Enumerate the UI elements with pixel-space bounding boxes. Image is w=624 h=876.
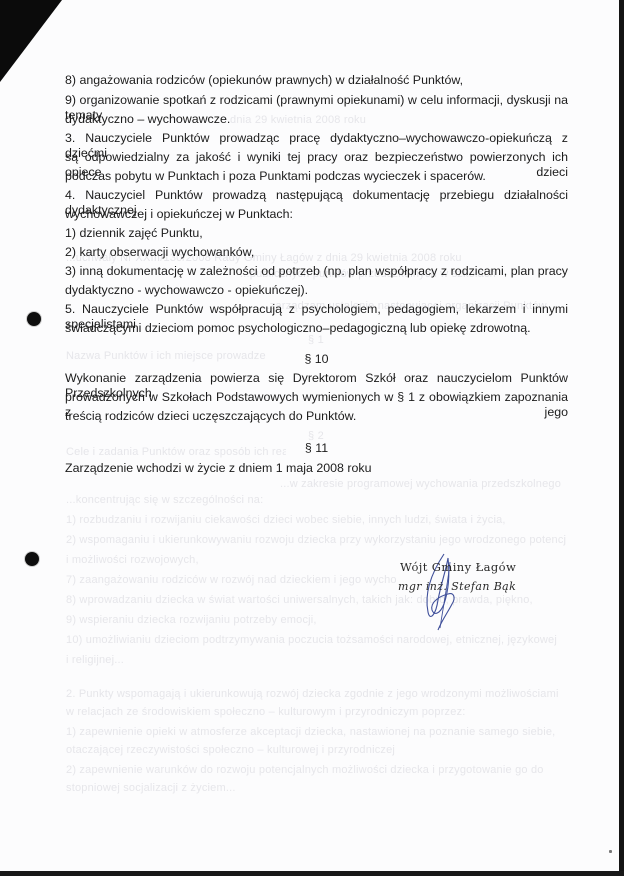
doc-list-item-1: 1) dziennik zajęć Punktu, — [65, 226, 568, 241]
bleed-through-text: 1) rozbudzaniu i rozwijaniu ciekawości d… — [66, 514, 566, 526]
punch-hole-bottom — [25, 552, 39, 566]
section-10-text: treścią rodziców dzieci uczęszczających … — [65, 409, 568, 424]
scan-border-bottom — [0, 871, 624, 876]
paragraph-4-cont: wychowawczej i opiekuńczej w Punktach: — [65, 207, 568, 222]
bleed-through-text: i religijnej... — [66, 654, 566, 666]
bleed-through-text: ...w zakresie programowej wychowania prz… — [280, 478, 570, 490]
signature-block: Wójt Gminy Łagów mgr inż. Stefan Bąk — [398, 560, 538, 593]
doc-list-item-3-cont: dydaktyczno - wychowawczo - opiekuńczej)… — [65, 283, 568, 298]
signatory-title: Wójt Gminy Łagów — [400, 560, 538, 574]
bleed-through-text: w relacjach ze środowiskiem społeczno – … — [66, 706, 566, 718]
bleed-through-text: 10) umożliwianiu dzieciom podtrzymywania… — [66, 634, 566, 646]
section-10-heading: § 10 — [65, 352, 568, 367]
signatory-name: mgr inż. Stefan Bąk — [398, 580, 538, 593]
paragraph-3-cont: podczas pobytu w Punktach i poza Punktam… — [65, 169, 568, 184]
punch-hole-top — [27, 312, 41, 326]
scanned-page: dnia 29 kwietnia 2008 roku ...uchwały Nr… — [0, 0, 619, 871]
paragraph-5-cont: świadczącymi dzieciom pomoc psychologicz… — [65, 321, 568, 336]
bleed-through-text: 9) wspieraniu dziecka rozwijaniu potrzeb… — [66, 614, 396, 626]
bleed-through-text: otaczającej rzeczywistości społeczno – k… — [66, 744, 566, 756]
scan-border-right — [619, 0, 624, 876]
bleed-through-text: 2) wspomaganiu i ukierunkowywaniu rozwoj… — [66, 534, 566, 546]
list-item-9-cont: dydaktyczno – wychowawcze. — [65, 112, 568, 127]
doc-list-item-3: 3) inną dokumentację w zależności od pot… — [65, 264, 568, 279]
bleed-through-text: stopniowej socjalizacji z życiem... — [66, 782, 566, 794]
section-11-text: Zarządzenie wchodzi w życie z dniem 1 ma… — [65, 461, 568, 476]
doc-list-item-2: 2) karty obserwacji wychowanków, — [65, 245, 568, 260]
list-item-8: 8) angażowania rodziców (opiekunów prawn… — [65, 73, 568, 88]
bleed-through-text: 2. Punkty wspomagają i ukierunkowują roz… — [66, 688, 566, 700]
folded-corner-shadow — [0, 0, 62, 82]
scan-speck — [609, 850, 612, 853]
bleed-through-text: ...koncentrując się w szczególności na: — [66, 494, 566, 506]
bleed-through-text: 7) zaangażowaniu rodziców w rozwój nad d… — [66, 574, 396, 586]
bleed-through-text: 1) zapewnienie opieki w atmosferze akcep… — [66, 726, 566, 738]
section-11-heading: § 11 — [65, 441, 568, 456]
bleed-through-text: 8) wprowadzaniu dziecka w świat wartości… — [66, 594, 566, 606]
bleed-through-text: 2) zapewnienie warunków do rozwoju poten… — [66, 764, 566, 776]
